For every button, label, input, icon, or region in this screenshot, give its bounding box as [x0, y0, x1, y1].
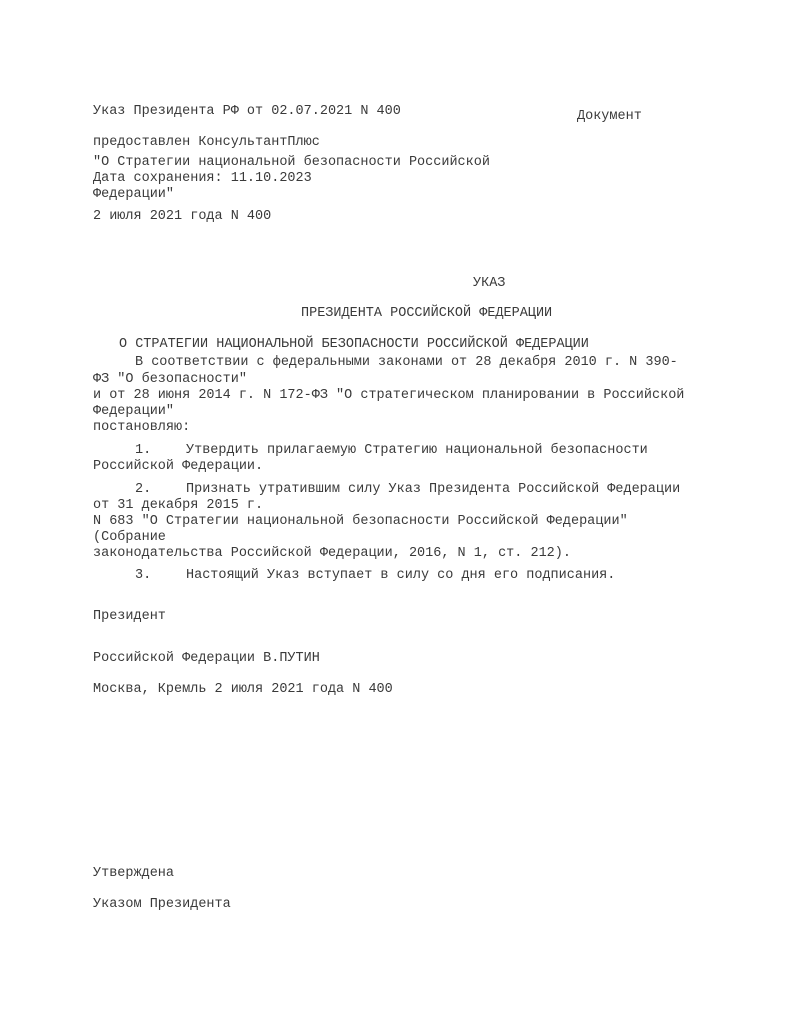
heading-president: ПРЕЗИДЕНТА РОССИЙСКОЙ ФЕДЕРАЦИИ	[301, 306, 552, 322]
item-text: законодательства Российской Федерации, 2…	[93, 546, 571, 562]
document-date-number: 2 июля 2021 года N 400	[93, 209, 271, 225]
document-title: Указ Президента РФ от 02.07.2021 N 400	[93, 104, 401, 120]
signature-title: Президент	[93, 609, 166, 625]
heading-subject: О СТРАТЕГИИ НАЦИОНАЛЬНОЙ БЕЗОПАСНОСТИ РО…	[119, 337, 589, 353]
item-text: от 31 декабря 2015 г.	[93, 498, 263, 514]
item-text: Утвердить прилагаемую Стратегию национал…	[186, 443, 648, 459]
provided-by: предоставлен КонсультантПлюс	[93, 135, 320, 151]
preamble-line: Федерации"	[93, 404, 174, 420]
item-text: Настоящий Указ вступает в силу со дня ег…	[186, 568, 615, 584]
save-date: Дата сохранения: 11.10.2023	[93, 171, 312, 187]
heading-decree: УКАЗ	[473, 276, 505, 292]
preamble-line: и от 28 июня 2014 г. N 172-ФЗ "О стратег…	[93, 388, 684, 404]
preamble-line: ФЗ "О безопасности"	[93, 372, 247, 388]
item-number: 2.	[135, 482, 151, 498]
item-text: Признать утратившим силу Указ Президента…	[186, 482, 680, 498]
signature-name: Российской Федерации В.ПУТИН	[93, 651, 320, 667]
item-text: Российской Федерации.	[93, 459, 263, 475]
document-label: Документ	[577, 109, 642, 125]
item-text: (Собрание	[93, 530, 166, 546]
preamble-line: постановляю:	[93, 420, 190, 436]
approval-line2: Указом Президента	[93, 897, 231, 913]
signature-place-date: Москва, Кремль 2 июля 2021 года N 400	[93, 682, 393, 698]
item-number: 1.	[135, 443, 151, 459]
preamble-line: В соответствии с федеральными законами о…	[135, 355, 678, 371]
item-number: 3.	[135, 568, 151, 584]
document-name-line2: Федерации"	[93, 187, 174, 203]
approval-line1: Утверждена	[93, 866, 174, 882]
document-name-line1: "О Стратегии национальной безопасности Р…	[93, 155, 490, 171]
item-text: N 683 "О Стратегии национальной безопасн…	[93, 514, 628, 530]
